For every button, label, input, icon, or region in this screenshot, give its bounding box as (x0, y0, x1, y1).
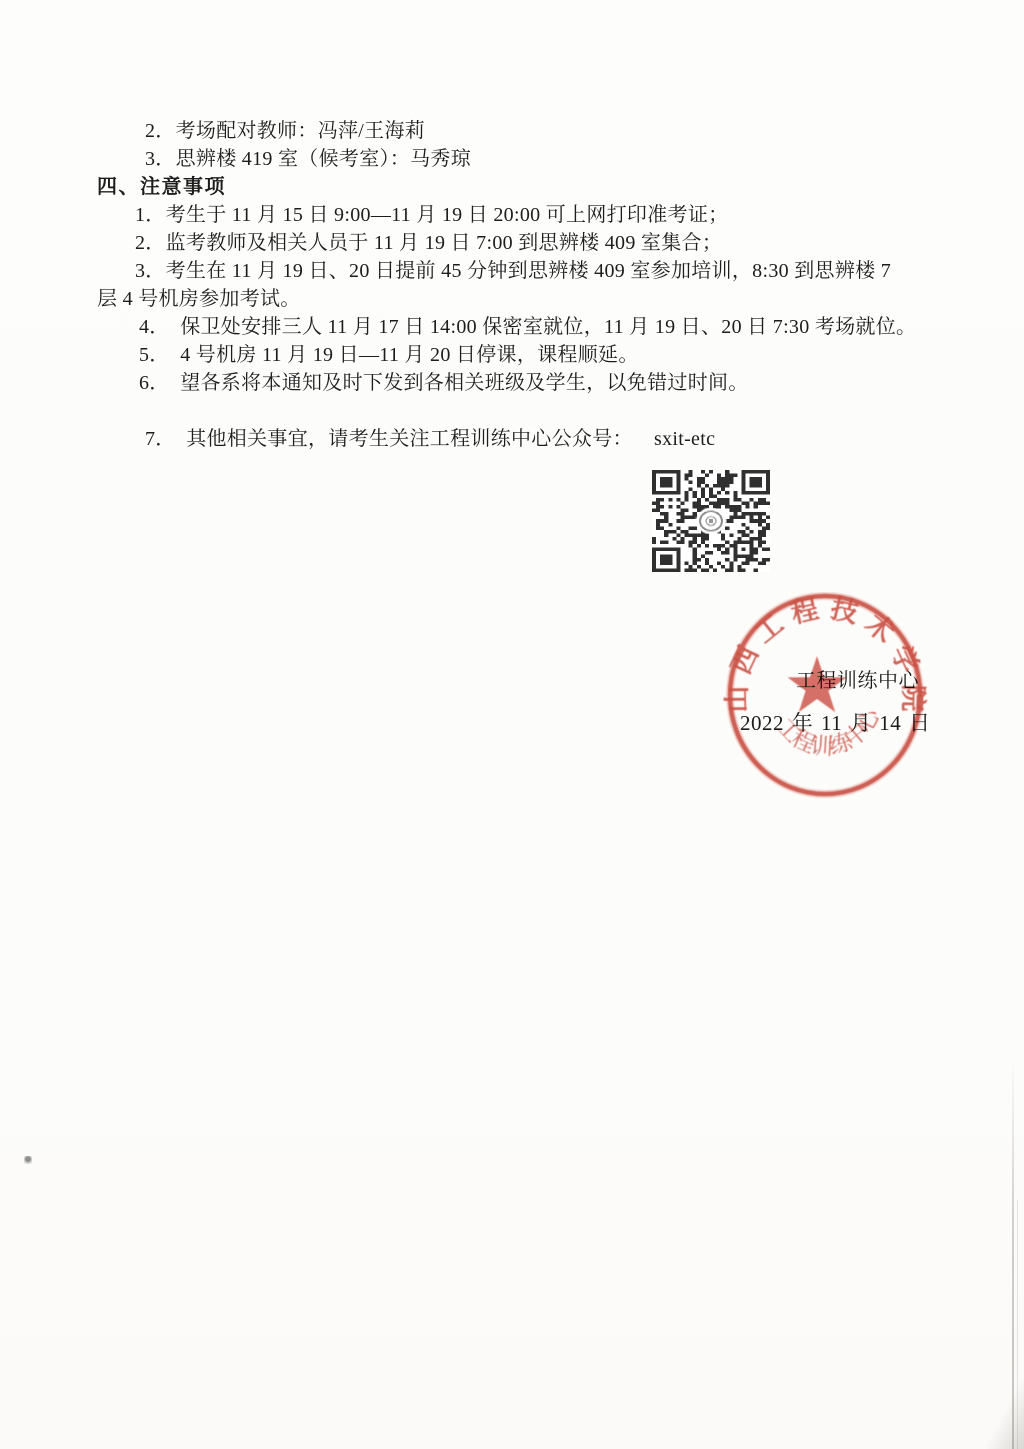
wechat-qr-code (652, 470, 770, 572)
text-line: 3．考生在 11 月 19 日、20 日提前 45 分钟到思辨楼 409 室参加… (97, 257, 947, 285)
notice-body: 2．考场配对教师：冯萍/王海莉 3．思辨楼 419 室（候考室）：马秀琼 四、注… (97, 117, 947, 453)
section-heading: 四、注意事项 (97, 173, 947, 201)
text-line: 6． 望各系将本通知及时下发到各相关班级及学生，以免错过时间。 (97, 369, 947, 397)
text-line: 5． 4 号机房 11 月 19 日—11 月 20 日停课，课程顺延。 (97, 341, 947, 369)
text-line: 4． 保卫处安排三人 11 月 17 日 14:00 保密室就位，11 月 19… (97, 313, 947, 341)
text-line: 3．思辨楼 419 室（候考室）：马秀琼 (97, 145, 947, 173)
scan-artifact-speck (24, 1156, 32, 1164)
text-line: 层 4 号机房参加考试。 (97, 285, 947, 313)
seal-inner-text: 工程训练中心 (772, 704, 886, 760)
scanned-notice-page: 2．考场配对教师：冯萍/王海莉 3．思辨楼 419 室（候考室）：马秀琼 四、注… (0, 0, 1024, 1449)
seal-star-icon (788, 656, 847, 712)
text-line: 1．考生于 11 月 15 日 9:00—11 月 19 日 20:00 可上网… (97, 201, 947, 229)
page-corner-shadow (986, 1319, 1024, 1449)
text-line: 2．考场配对教师：冯萍/王海莉 (97, 117, 947, 145)
official-seal: 山西工程技术学院 工程训练中心 (722, 592, 932, 802)
text-line: 7． 其他相关事宜，请考生关注工程训练中心公众号： sxit-etc (97, 425, 947, 453)
text-line: 2．监考教师及相关人员于 11 月 19 日 7:00 到思辨楼 409 室集合… (97, 229, 947, 257)
